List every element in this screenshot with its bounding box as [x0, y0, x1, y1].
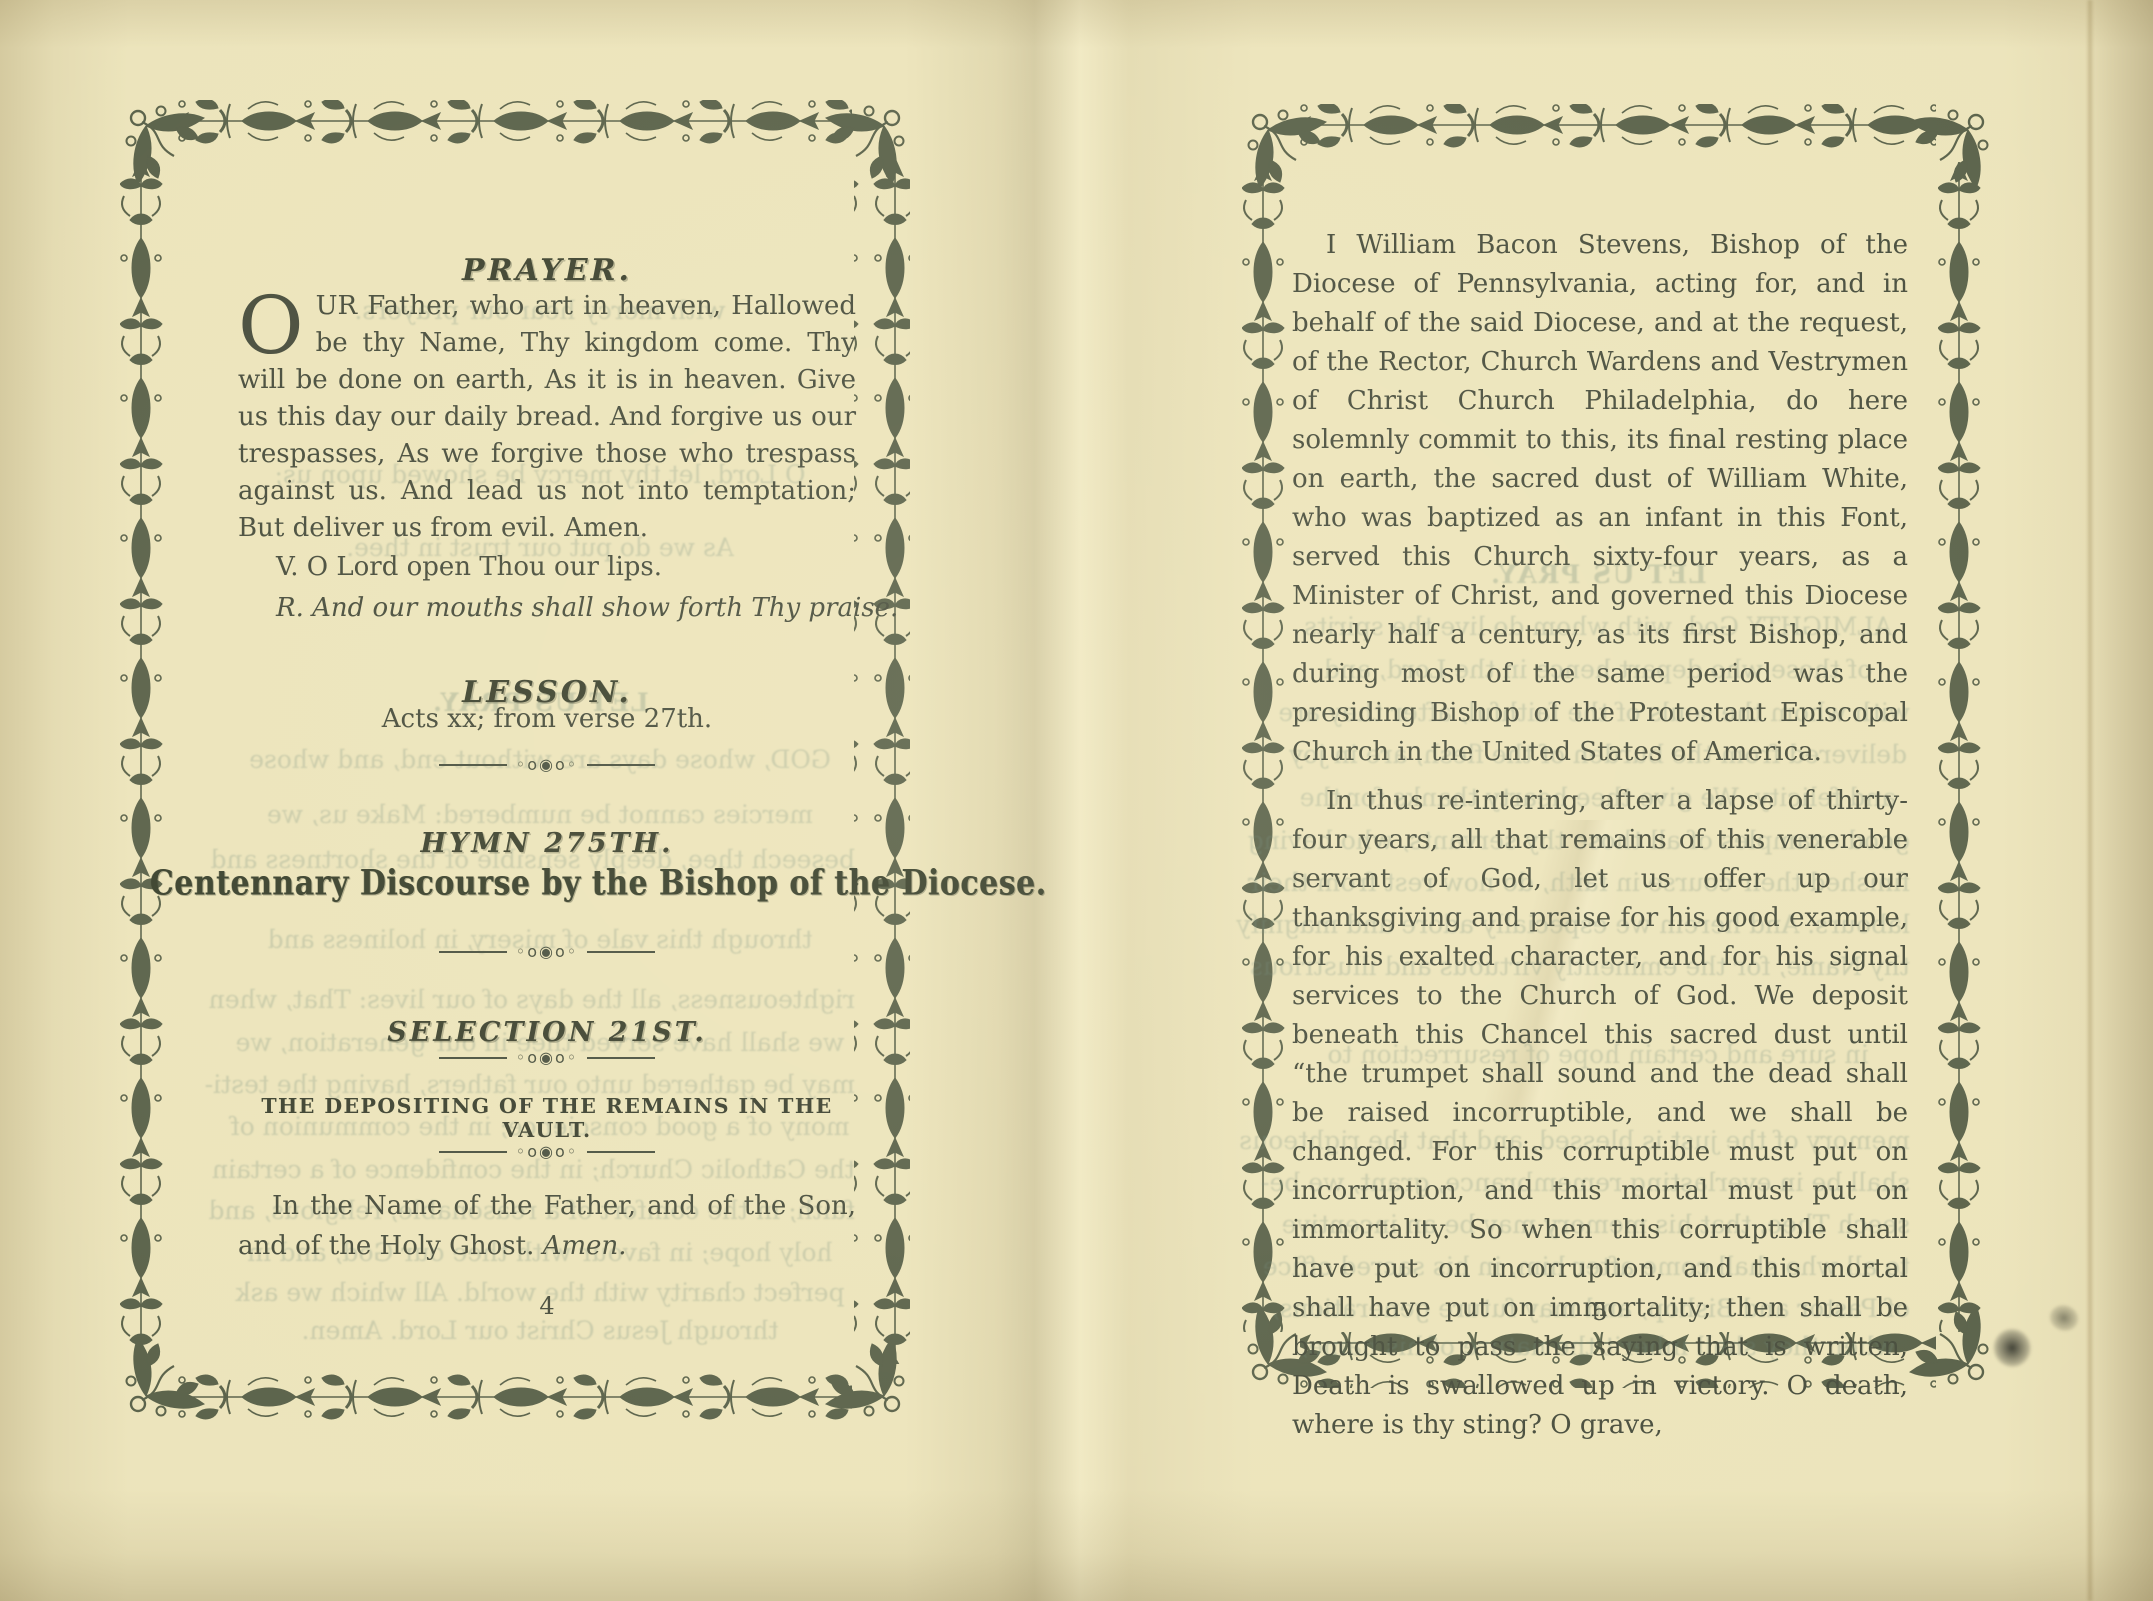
paper-edge: [2086, 0, 2094, 1601]
hymn-heading: HYMN 275TH.: [238, 828, 856, 859]
centennary-discourse-heading: Centennary Discourse by the Bishop of th…: [150, 864, 912, 904]
page-fold: [905, 0, 1255, 1601]
prayer-heading: PRAYER.: [238, 253, 856, 288]
depositing-rubric: THE DEPOSITING OF THE REMAINS IN THE VAU…: [238, 1094, 856, 1142]
response-line: R. And our mouths shall show forth Thy p…: [276, 593, 898, 623]
closing-amen: Amen.: [543, 1231, 627, 1261]
in-the-name-paragraph: In the Name of the Father, and of the So…: [238, 1186, 856, 1266]
divider-glyphs: ◦o◉o◦: [516, 1050, 578, 1066]
page-number-left: 4: [238, 1292, 856, 1320]
lesson-reference: Acts xx; from verse 27th.: [238, 704, 856, 734]
committal-paragraph-2: In thus re-intering, after a lapse of th…: [1292, 782, 1908, 1445]
divider-ornament: ◦o◉o◦: [238, 1050, 856, 1066]
divider-glyphs: ◦o◉o◦: [516, 757, 578, 773]
divider-glyphs: ◦o◉o◦: [516, 944, 578, 960]
divider-ornament: ◦o◉o◦: [238, 757, 856, 773]
divider-glyphs: ◦o◉o◦: [516, 1144, 578, 1160]
lords-prayer-paragraph: OUR Father, who art in heaven, Hallowed …: [238, 288, 856, 547]
drop-cap: O: [238, 288, 316, 358]
page-number-right: 5: [1292, 1298, 1908, 1326]
divider-ornament: ◦o◉o◦: [238, 1144, 856, 1160]
divider-rule: [439, 764, 507, 766]
divider-ornament: ◦o◉o◦: [238, 944, 856, 960]
committal-paragraph-1: I William Bacon Stevens, Bishop of the D…: [1292, 226, 1908, 772]
versicle-line: V. O Lord open Thou our lips.: [276, 552, 662, 582]
lords-prayer-text: UR Father, who art in heaven, Hallowed b…: [238, 291, 856, 543]
divider-rule: [587, 1057, 655, 1059]
selection-heading: SELECTION 21ST.: [238, 1017, 856, 1048]
divider-rule: [587, 764, 655, 766]
scanned-book-spread: with mercy hear our prayers. O Lord, let…: [0, 0, 2153, 1601]
divider-rule: [439, 951, 507, 953]
divider-rule: [439, 1151, 507, 1153]
committal-text: I William Bacon Stevens, Bishop of the D…: [1292, 226, 1908, 1455]
divider-rule: [587, 1151, 655, 1153]
divider-rule: [587, 951, 655, 953]
divider-rule: [439, 1057, 507, 1059]
